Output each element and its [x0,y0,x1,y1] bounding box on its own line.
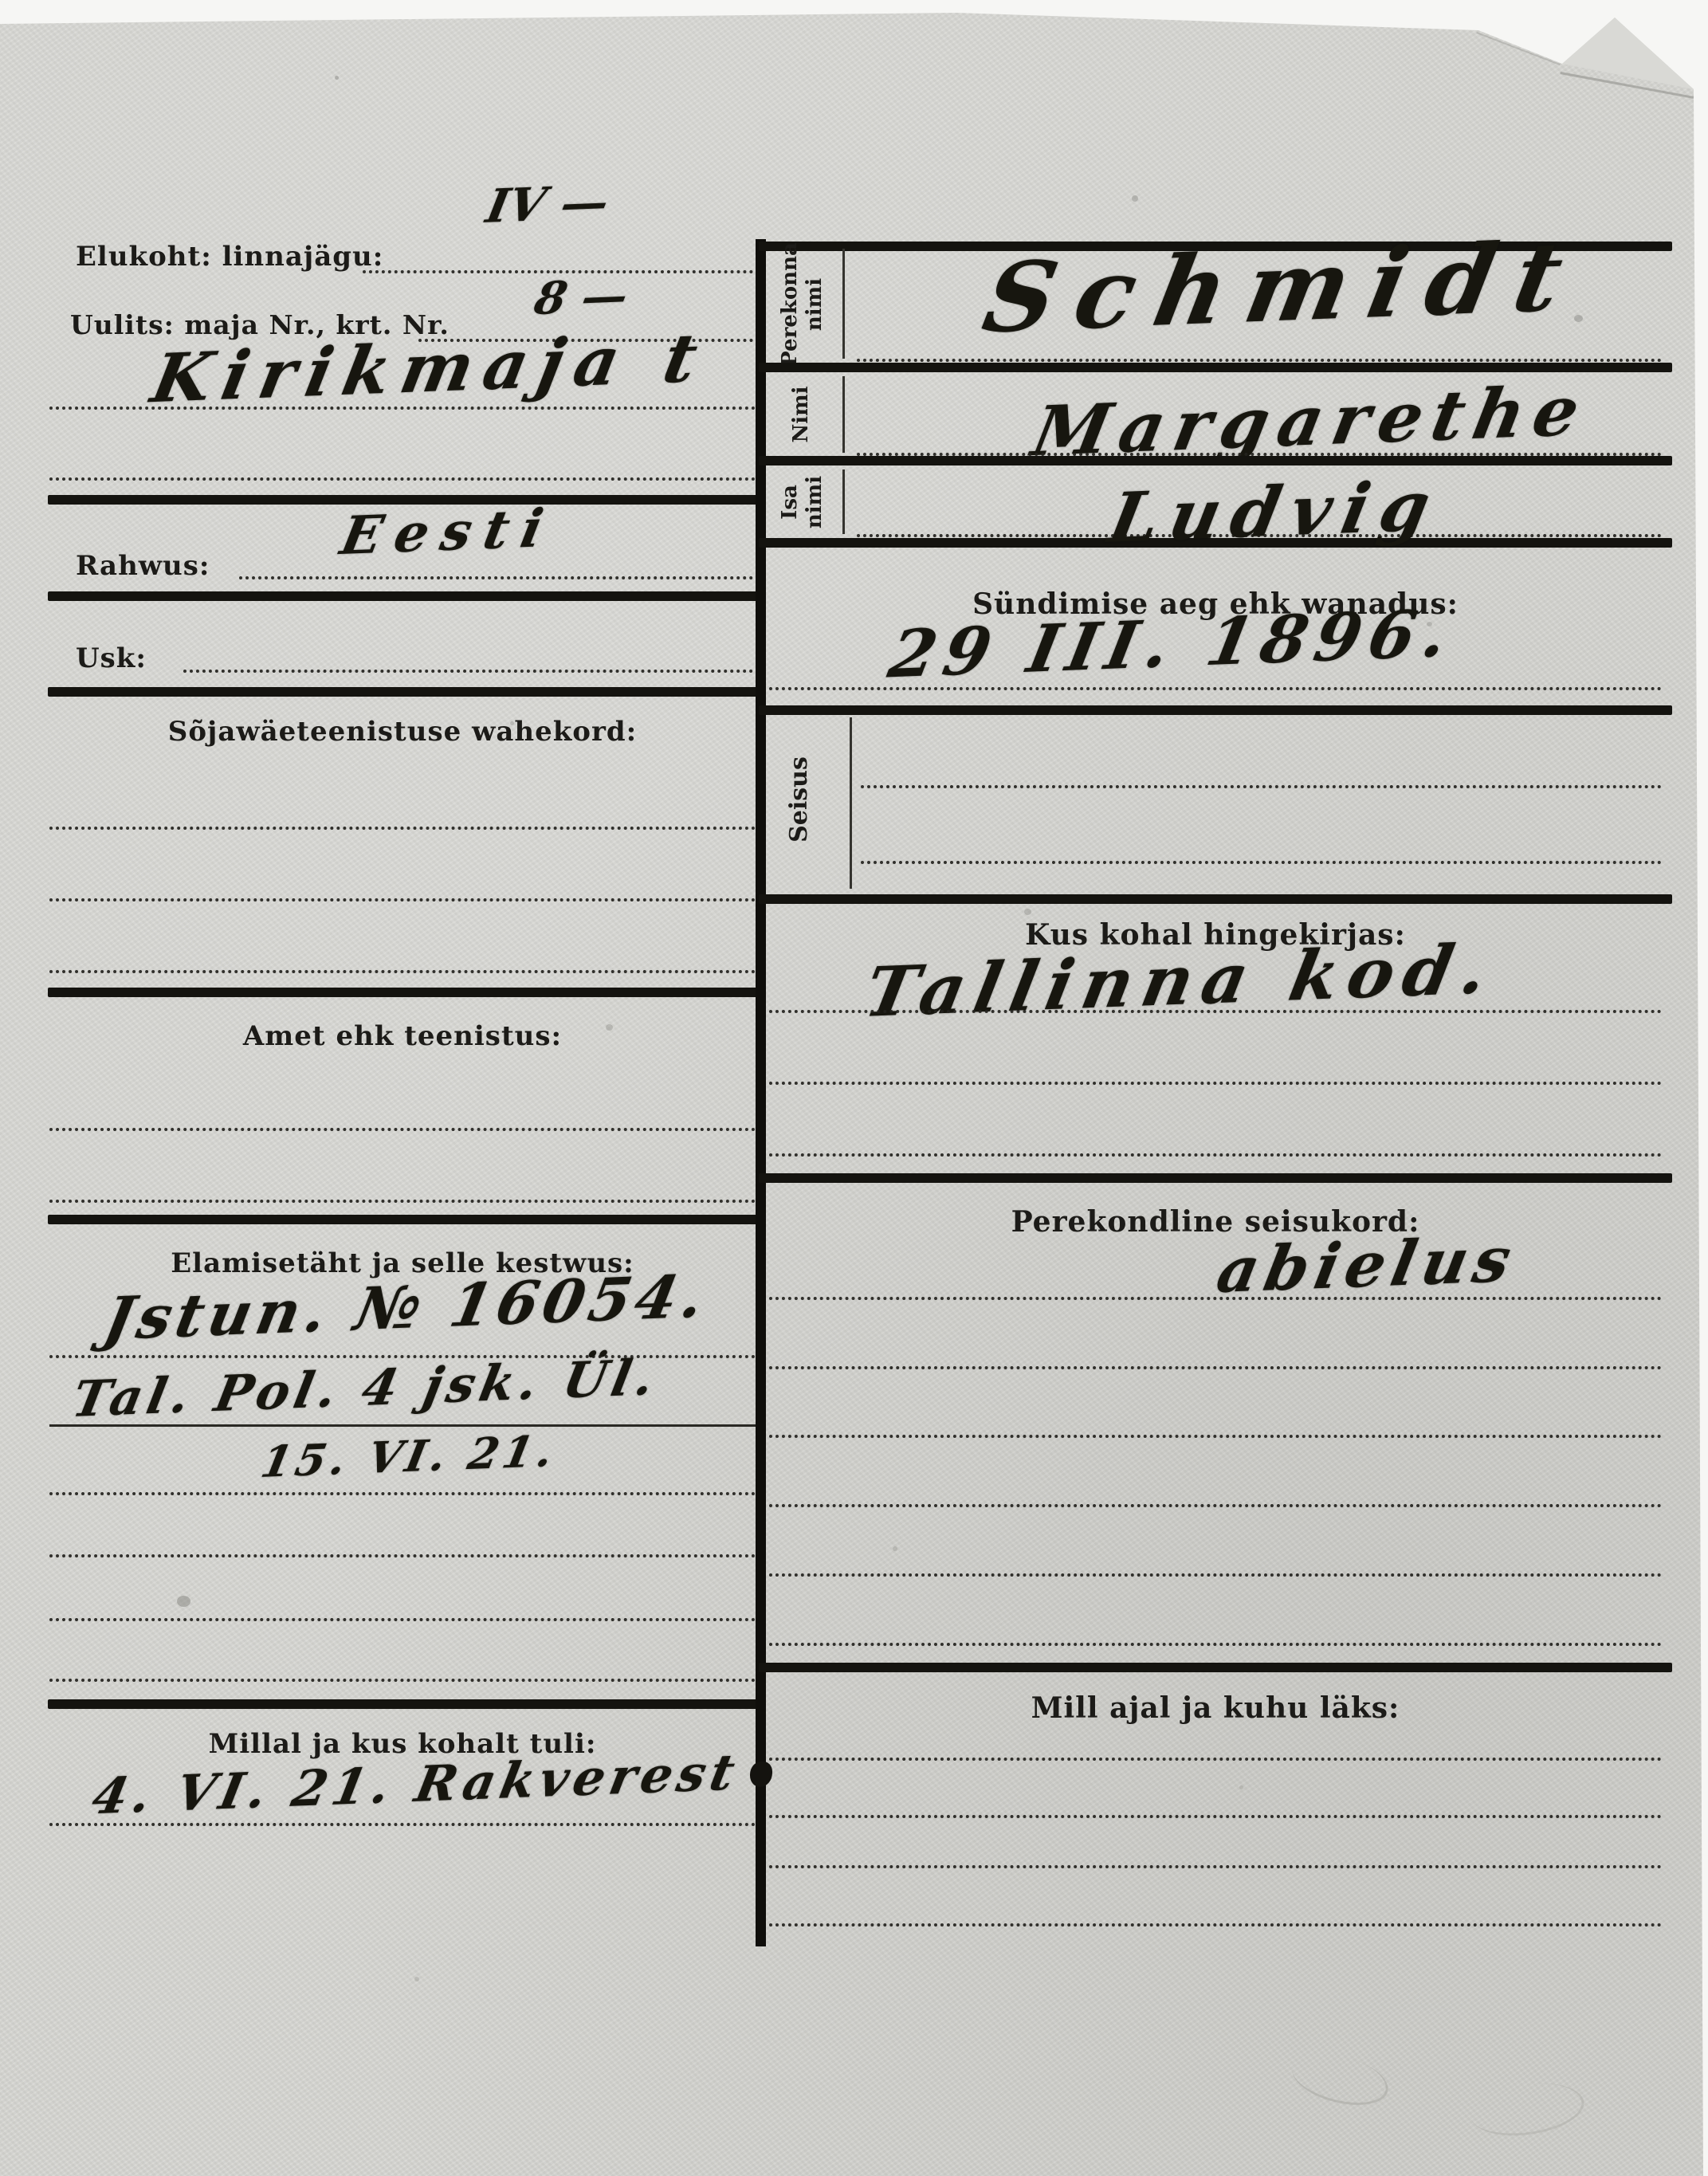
family-name-handwritten: Schmidt [975,220,1592,355]
rule-dotted [769,1366,1662,1369]
rule-dotted [769,1815,1662,1818]
paper-speck [414,1977,419,1982]
label-vline [850,717,852,889]
father-name-handwritten: Ludvig [1103,465,1448,559]
paper-speck [1239,1785,1243,1789]
paper-speck [1132,195,1138,202]
rule-dotted [861,785,1662,788]
rule-dotted [49,1823,756,1826]
paper-speck [177,1596,190,1607]
rule-dotted [49,477,756,481]
rule-thick [48,988,757,997]
rule-dotted [769,1082,1662,1085]
paper-speck [893,1546,897,1551]
residence-label: Elukoht: linnajägu: [76,241,383,273]
departure-label: Mill ajal ja kuhu läks: [769,1691,1662,1725]
rule-dotted [769,1923,1662,1927]
nationality-label: Rahwus: [76,550,210,582]
military-service-label: Sõjawäeteenistuse wahekord: [48,716,757,748]
rule-dotted [49,407,756,410]
label-vline [842,376,845,453]
rule-dotted [49,827,756,830]
given-name-vertical-label: Nimi [777,367,825,462]
rule-dotted [769,1153,1662,1157]
rule-dotted [769,687,1662,690]
paper-speck [1574,315,1583,322]
rule-dotted [861,861,1662,864]
rule-thick [759,456,1672,465]
label-vline [842,469,845,534]
rule-dotted [49,1492,756,1495]
rule-dotted [49,1128,756,1131]
occupation-label: Amet ehk teenistus: [48,1020,757,1052]
paper-speck [335,76,339,80]
rule-dotted [49,898,756,901]
rule-thick [48,1699,757,1709]
rule-dotted [49,1554,756,1557]
rule-solid [49,1424,756,1427]
rule-thick [48,687,757,697]
family-name-vertical-label: Perekonna nimi [763,237,842,372]
rule-thick [48,1215,757,1224]
rule-dotted [769,1010,1662,1013]
rule-dotted [769,1865,1662,1868]
rule-thick [759,1663,1672,1672]
residence-value-handwritten: IV — [482,175,614,234]
rule-dotted [49,1679,756,1682]
religion-label: Usk: [76,642,147,674]
marital-status-label: Perekondline seisukord: [769,1205,1662,1239]
rule-dotted [49,1200,756,1203]
rule-dotted [769,1573,1662,1577]
rule-thick [759,363,1672,372]
rule-dotted [769,1758,1662,1761]
rule-dotted [49,970,756,973]
rule-thick [48,591,757,601]
rule-thick [759,705,1672,715]
rule-thick [759,1173,1672,1183]
rule-dotted [769,1504,1662,1507]
label-vline [842,249,845,359]
rule-dotted [769,1297,1662,1300]
rule-dotted [857,359,1662,362]
rule-dotted [183,670,753,673]
rule-thick [759,894,1672,904]
father-name-vertical-label: Isa nimi [767,466,838,538]
paper-speck [1024,909,1031,915]
house-number-handwritten: 8 — [530,269,632,325]
rule-dotted [769,1435,1662,1438]
marital-status-handwritten: abielus [1211,1224,1523,1307]
rule-dotted [239,576,753,579]
nationality-value-handwritten: Eesti [336,497,560,567]
rule-dotted [49,1618,756,1621]
rule-dotted [769,1643,1662,1646]
column-divider [756,239,766,1946]
registration-card-scan: Elukoht: linnajägu: IV — Uulits: maja Nr… [0,0,1708,2176]
estate-vertical-label: Seisus [772,720,827,879]
